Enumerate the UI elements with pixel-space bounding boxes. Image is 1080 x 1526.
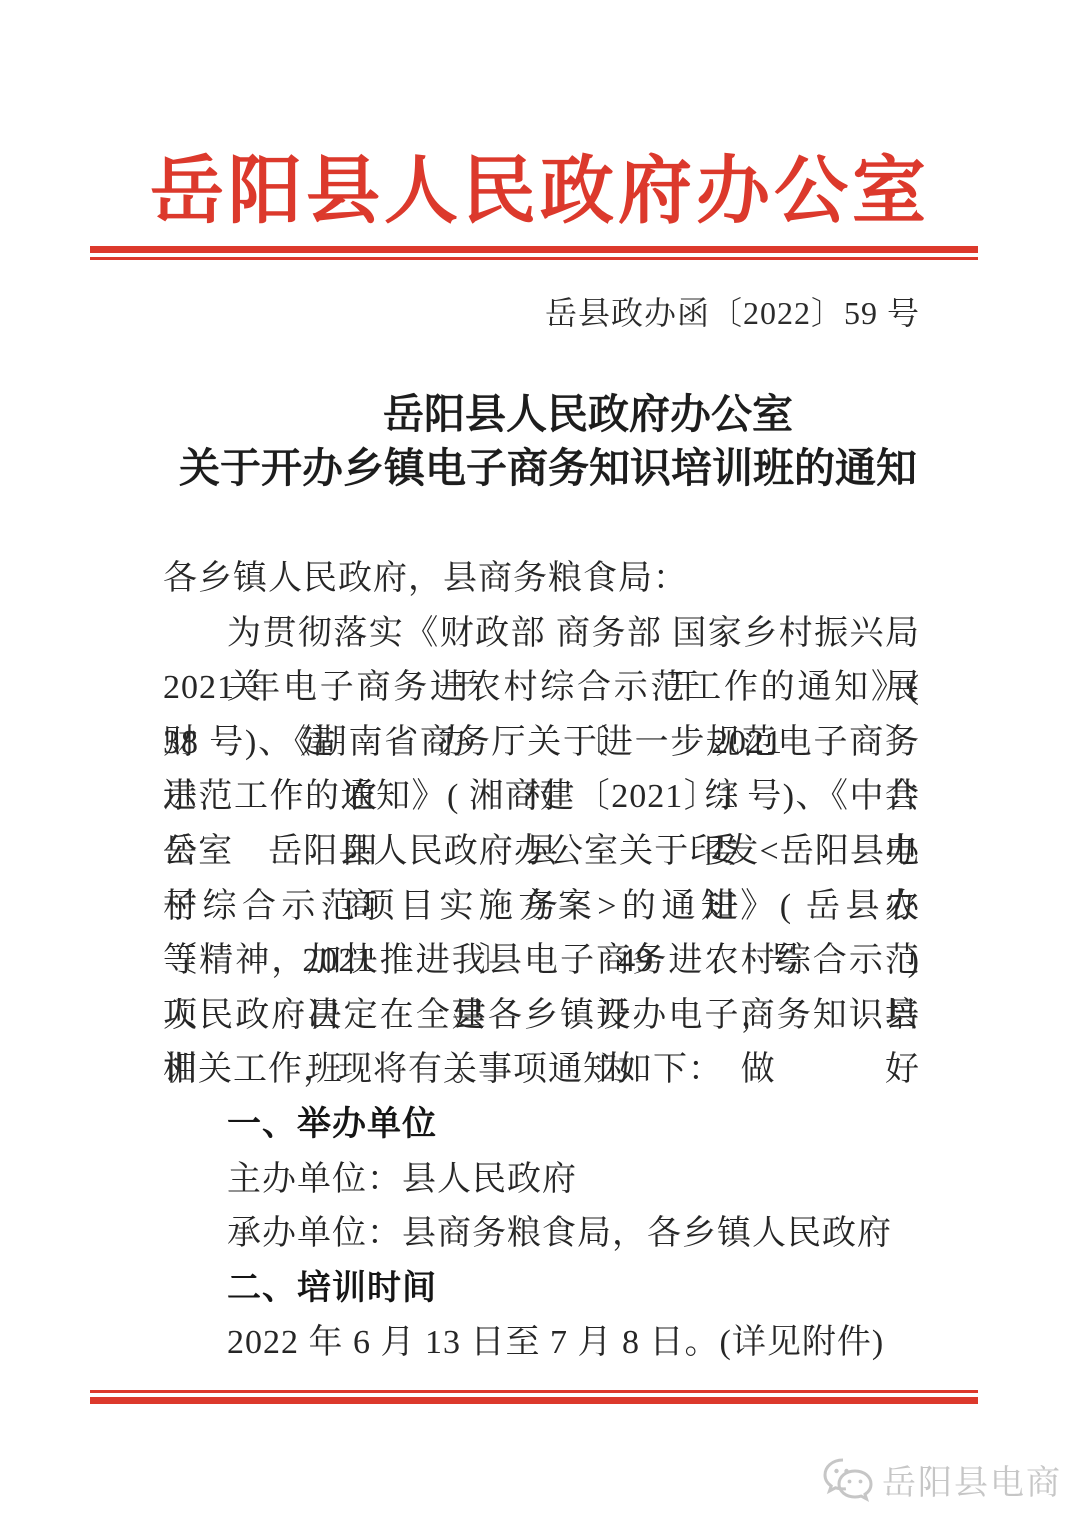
body-line: 各乡镇人民政府，县商务粮食局： <box>163 552 920 607</box>
doc-number: 岳县政办函〔2022〕59 号 <box>545 288 920 334</box>
body-line: 38 号)、《湖南省商务厅关于进一步规范电子商务进农村综合 <box>163 716 920 771</box>
body-line: 2022 年 6 月 13 日至 7 月 8 日。(详见附件) <box>163 1316 920 1371</box>
body-line: 主办单位：县人民政府 <box>163 1153 920 1208</box>
doc-title-line2: 关于开办乡镇电子商务知识培训班的通知 <box>8 444 1080 492</box>
footer-rule-thin <box>90 1390 978 1393</box>
letterhead-title: 岳阳县人民政府办公室 <box>0 150 1080 235</box>
body-line: 人民政府决定在全县各乡镇开办电子商务知识培训班。为做好 <box>163 989 920 1044</box>
body-line: 为贯彻落实《财政部 商务部 国家乡村振兴局关于开展 <box>163 607 920 662</box>
doc-title-line1: 岳阳县人民政府办公室 <box>48 390 1080 438</box>
letterhead-rule-thick <box>90 246 978 253</box>
wechat-icon <box>822 1456 876 1504</box>
document-body: 各乡镇人民政府，县商务粮食局：为贯彻落实《财政部 商务部 国家乡村振兴局关于开展… <box>163 552 920 1371</box>
body-line: 等精神，加快推进我县电子商务进农村综合示范项目建设，县 <box>163 934 920 989</box>
body-line: 公室 岳阳县人民政府办公室关于印发<岳阳县电子商务进农 <box>163 825 920 880</box>
body-line: 二、培训时间 <box>163 1262 920 1317</box>
body-line: 示范工作的通知》( 湘商建〔2021〕1 号)、《中共岳阳县委办 <box>163 770 920 825</box>
watermark-label: 岳阳县电商 <box>882 1455 1062 1504</box>
body-line: 村综合示范项目实施方案>的通知》( 岳县办〔2021〕49 号) <box>163 880 920 935</box>
body-line: 2021 年电子商务进农村综合示范工作的通知》( 财建办〔2021〕 <box>163 661 920 716</box>
body-line: 承办单位：县商务粮食局，各乡镇人民政府 <box>163 1207 920 1262</box>
watermark: 岳阳县电商 <box>822 1455 1062 1504</box>
footer-rule-thick <box>90 1397 978 1404</box>
letterhead-rule-thin <box>90 257 978 260</box>
document-page: 岳阳县人民政府办公室 岳县政办函〔2022〕59 号 岳阳县人民政府办公室 关于… <box>0 0 1080 1526</box>
body-line: 一、举办单位 <box>163 1098 920 1153</box>
